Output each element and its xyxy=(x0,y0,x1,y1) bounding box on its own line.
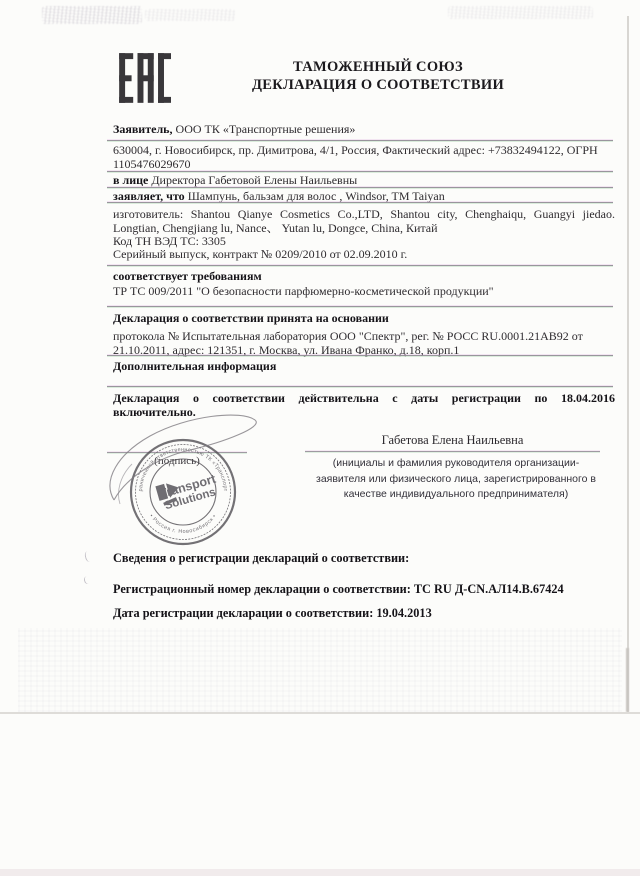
divider-rule xyxy=(107,140,613,141)
registration-date: Дата регистрации декларации о соответств… xyxy=(113,607,615,621)
pencil-mark xyxy=(83,575,92,584)
declares-label: заявляет, что xyxy=(113,189,185,203)
in-person-label: в лице xyxy=(113,173,148,187)
scan-smudge-top-right xyxy=(448,6,593,19)
registration-number: Регистрационный номер декларации о соотв… xyxy=(113,583,615,597)
complies-value: ТР ТС 009/2011 "О безопасности парфюмерн… xyxy=(113,285,615,299)
eac-mark-logo xyxy=(117,52,171,104)
head-name: Габетова Елена Наильевна xyxy=(305,433,600,448)
page-bottom-edge xyxy=(0,712,640,714)
divider-rule xyxy=(107,171,613,172)
document-title: ТАМОЖЕННЫЙ СОЮЗ ДЕКЛАРАЦИЯ О СООТВЕТСТВИ… xyxy=(178,59,578,94)
handwritten-signature xyxy=(102,412,270,512)
validity-line1: Декларация о соответствии действительна … xyxy=(113,392,615,406)
head-name-line xyxy=(305,451,600,452)
additional-info-label: Дополнительная информация xyxy=(113,360,615,374)
divider-rule xyxy=(107,265,613,266)
divider-rule xyxy=(107,306,613,307)
registration-heading: Сведения о регистрации деклараций о соот… xyxy=(113,552,615,566)
divider-rule xyxy=(107,386,613,387)
divider-rule xyxy=(107,355,613,356)
scan-smudge-top-left-2 xyxy=(145,9,235,21)
applicant-row: Заявитель, ООО ТК «Транспортные решения» xyxy=(113,123,615,137)
stamp-rim-text-bottom: • Россия г. Новосибирск • xyxy=(148,513,218,535)
basis-label: Декларация о соответствии принята на осн… xyxy=(113,312,615,326)
svg-text:• Россия г. Новосибирск •: • Россия г. Новосибирск • xyxy=(148,513,218,535)
scan-right-edge-dark xyxy=(626,648,629,712)
scan-right-edge xyxy=(627,16,629,713)
divider-rule xyxy=(107,202,613,203)
declares-value: Шампунь, бальзам для волос , Windsor, TM… xyxy=(188,189,445,203)
manufacturer-text: изготовитель: Shantou Qianye Cosmetics C… xyxy=(113,208,615,235)
scan-bleed-through-noise xyxy=(18,628,622,712)
serial-contract: Серийный выпуск, контракт № 0209/2010 от… xyxy=(113,248,615,262)
pencil-mark xyxy=(84,550,93,562)
scan-bottom-strip xyxy=(0,869,640,876)
basis-value: протокола № Испытательная лаборатория ОО… xyxy=(113,330,615,357)
applicant-label: Заявитель, xyxy=(113,122,173,136)
head-name-caption: (инициалы и фамилия руководителя организ… xyxy=(310,456,602,503)
applicant-address: 630004, г. Новосибирск, пр. Димитрова, 4… xyxy=(113,144,615,171)
in-person-value: Директора Габетовой Елены Наильевны xyxy=(151,173,357,187)
scanned-declaration-document: ТАМОЖЕННЫЙ СОЮЗ ДЕКЛАРАЦИЯ О СООТВЕТСТВИ… xyxy=(0,0,640,876)
divider-rule xyxy=(107,187,613,188)
in-person-row: в лице Директора Габетовой Елены Наильев… xyxy=(113,174,615,188)
title-line-declaration: ДЕКЛАРАЦИЯ О СООТВЕТСТВИИ xyxy=(178,77,578,95)
title-line-customs-union: ТАМОЖЕННЫЙ СОЮЗ xyxy=(178,59,578,77)
complies-label: соответствует требованиям xyxy=(113,270,615,284)
scan-smudge-top-left xyxy=(42,6,142,24)
applicant-value: ООО ТК «Транспортные решения» xyxy=(176,122,356,136)
